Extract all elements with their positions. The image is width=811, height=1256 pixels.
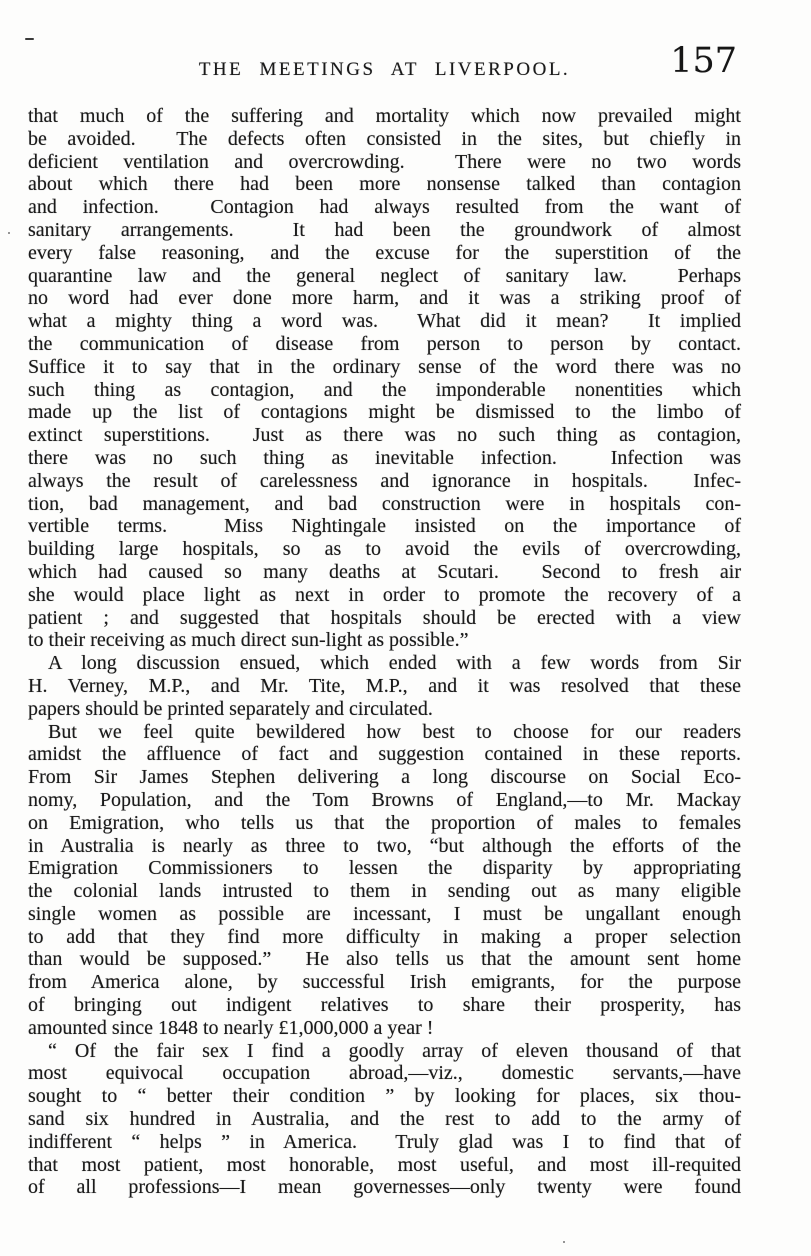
text-line: But we feel quite bewildered how best to… xyxy=(28,721,741,744)
text-line: vertible terms. Miss Nightingale insiste… xyxy=(28,515,741,538)
text-line: H. Verney, M.P., and Mr. Tite, M.P., and… xyxy=(28,675,741,698)
text-line: such thing as contagion, and the imponde… xyxy=(28,379,741,402)
text-line: always the result of carelessness and ig… xyxy=(28,470,741,493)
text-line: most equivocal occupation abroad,—viz., … xyxy=(28,1062,741,1085)
text-line: sand six hundred in Australia, and the r… xyxy=(28,1108,741,1131)
text-line: patient ; and suggested that hospitals s… xyxy=(28,607,741,630)
text-line: Suffice it to say that in the ordinary s… xyxy=(28,356,741,379)
text-line: single women as possible are incessant, … xyxy=(28,903,741,926)
text-line: From Sir James Stephen delivering a long… xyxy=(28,766,741,789)
text-line: “ Of the fair sex I find a goodly array … xyxy=(28,1040,741,1063)
text-line: from America alone, by successful Irish … xyxy=(28,971,741,994)
text-line: Emigration Commissioners to lessen the d… xyxy=(28,857,741,880)
text-line: of all professions—I mean governesses—on… xyxy=(28,1176,741,1199)
text-line: sought to “ better their condition ” by … xyxy=(28,1085,741,1108)
text-line: quarantine law and the general neglect o… xyxy=(28,265,741,288)
scanned-book-page: THE MEETINGS AT LIVERPOOL. 157 that much… xyxy=(0,0,811,1256)
text-line: sanitary arrangements. It had been the g… xyxy=(28,219,741,242)
text-line: about which there had been more nonsense… xyxy=(28,173,741,196)
text-line: indifferent “ helps ” in America. Truly … xyxy=(28,1131,741,1154)
text-line: no word had ever done more harm, and it … xyxy=(28,287,741,310)
text-line: be avoided. The defects often consisted … xyxy=(28,128,741,151)
text-line: than would be supposed.” He also tells u… xyxy=(28,948,741,971)
text-line: on Emigration, who tells us that the pro… xyxy=(28,812,741,835)
text-line: that much of the suffering and mortality… xyxy=(28,105,741,128)
text-line: there was no such thing as inevitable in… xyxy=(28,447,741,470)
text-line: of bringing out indigent relatives to sh… xyxy=(28,994,741,1017)
running-header-title: THE MEETINGS AT LIVERPOOL. xyxy=(28,59,741,81)
text-line: papers should be printed separately and … xyxy=(28,698,741,721)
text-line: extinct superstitions. Just as there was… xyxy=(28,424,741,447)
scan-artifact xyxy=(8,232,10,234)
text-line: every false reasoning, and the excuse fo… xyxy=(28,242,741,265)
text-line: amidst the affluence of fact and suggest… xyxy=(28,743,741,766)
scan-artifact xyxy=(25,38,34,40)
page-number: 157 xyxy=(670,44,737,79)
text-line: building large hospitals, so as to avoid… xyxy=(28,538,741,561)
text-line: the communication of disease from person… xyxy=(28,333,741,356)
page-body-text: that much of the suffering and mortality… xyxy=(28,105,741,1199)
text-line: to add that they find more difficulty in… xyxy=(28,926,741,949)
text-line: A long discussion ensued, which ended wi… xyxy=(28,652,741,675)
text-line: nomy, Population, and the Tom Browns of … xyxy=(28,789,741,812)
text-line: which had caused so many deaths at Scuta… xyxy=(28,561,741,584)
text-line: what a mighty thing a word was. What did… xyxy=(28,310,741,333)
text-line: and infection. Contagion had always resu… xyxy=(28,196,741,219)
text-line: tion, bad management, and bad constructi… xyxy=(28,493,741,516)
text-line: amounted since 1848 to nearly £1,000,000… xyxy=(28,1017,741,1040)
text-line: the colonial lands intrusted to them in … xyxy=(28,880,741,903)
scan-artifact xyxy=(563,1241,565,1243)
text-line: deficient ventilation and overcrowding. … xyxy=(28,151,741,174)
text-line: to their receiving as much direct sun-li… xyxy=(28,629,741,652)
text-line: in Australia is nearly as three to two, … xyxy=(28,835,741,858)
text-line: that most patient, most honorable, most … xyxy=(28,1154,741,1177)
text-line: made up the list of contagions might be … xyxy=(28,401,741,424)
text-line: she would place light as next in order t… xyxy=(28,584,741,607)
